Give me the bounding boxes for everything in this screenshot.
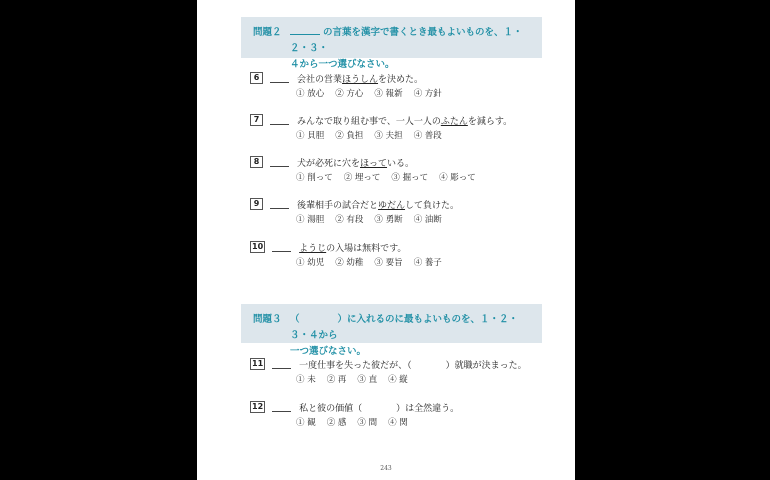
option-1[interactable]: ① 貝胆 — [296, 129, 324, 141]
option-3[interactable]: ③ 掘って — [391, 171, 428, 183]
option-3[interactable]: ③ 報新 — [374, 87, 402, 99]
answer-blank[interactable] — [272, 243, 291, 252]
section-2-label: 問題２ — [253, 25, 282, 41]
answer-blank[interactable] — [270, 116, 289, 125]
page-number: 243 — [197, 465, 575, 472]
option-3[interactable]: ③ 勇断 — [374, 213, 402, 225]
option-3[interactable]: ③ 直 — [357, 373, 377, 385]
section-3-label: 問題３ — [253, 312, 282, 328]
question-number: 12 — [250, 401, 265, 413]
question-10: 10ようじの入場は無料です。 ① 幼児② 幼稚③ 要旨④ 養子 — [250, 240, 442, 268]
option-2[interactable]: ② 負担 — [335, 129, 363, 141]
underlined-word: ゆだん — [378, 198, 405, 211]
question-text: ）は全然違う。 — [396, 401, 459, 414]
option-4[interactable]: ④ 関 — [388, 416, 408, 428]
option-2[interactable]: ② 感 — [327, 416, 347, 428]
option-1[interactable]: ① 削って — [296, 171, 333, 183]
answer-blank[interactable] — [270, 74, 289, 83]
option-3[interactable]: ③ 要旨 — [374, 256, 402, 268]
question-text: みんなで取り組む事で、一人一人の — [297, 114, 441, 127]
paren-open: （ — [290, 314, 300, 325]
option-4[interactable]: ④ 養子 — [414, 256, 442, 268]
textbook-page: 問題２ の言葉を漢字で書くとき最もよいものを、１・２・３・ ４から一つ選びなさい… — [197, 0, 575, 480]
question-number: 6 — [250, 72, 263, 84]
option-2[interactable]: ② 再 — [327, 373, 347, 385]
question-number: 11 — [250, 358, 265, 370]
option-1[interactable]: ① 観 — [296, 416, 316, 428]
answer-blank[interactable] — [272, 360, 291, 369]
question-12: 12私と彼の価値（）は全然違う。 ① 観② 感③ 間④ 関 — [250, 400, 459, 428]
option-3[interactable]: ③ 間 — [357, 416, 377, 428]
option-1[interactable]: ① 放心 — [296, 87, 324, 99]
option-4[interactable]: ④ 方針 — [414, 87, 442, 99]
option-2[interactable]: ② 有段 — [335, 213, 363, 225]
question-number: 8 — [250, 156, 263, 168]
question-text: 後輩相手の試合だと — [297, 198, 378, 211]
option-1[interactable]: ① 幼児 — [296, 256, 324, 268]
question-text: して負けた。 — [405, 198, 459, 211]
question-text: いる。 — [387, 156, 414, 169]
option-1[interactable]: ① 湯胆 — [296, 213, 324, 225]
underlined-word: ふたん — [441, 114, 468, 127]
option-2[interactable]: ② 幼稚 — [335, 256, 363, 268]
question-7: 7みんなで取り組む事で、一人一人のふたんを減らす。 ① 貝胆② 負担③ 夫担④ … — [250, 113, 512, 141]
question-6: 6会社の営業ほうしんを決めた。 ① 放心② 方心③ 報新④ 方針 — [250, 71, 442, 99]
option-4[interactable]: ④ 彫って — [439, 171, 476, 183]
question-9: 9後輩相手の試合だとゆだんして負けた。 ① 湯胆② 有段③ 勇断④ 油断 — [250, 197, 459, 225]
option-4[interactable]: ④ 油断 — [414, 213, 442, 225]
question-text: 一度仕事を失った彼だが、（ — [299, 358, 412, 371]
underlined-word: ほうしん — [342, 72, 378, 85]
section-3-header: 問題３ （）に入れるのに最もよいものを、１・２・３・４から 一つ選びなさい。 — [241, 304, 542, 343]
option-4[interactable]: ④ 縦 — [388, 373, 408, 385]
question-number: 10 — [250, 241, 265, 253]
blank-marker — [290, 25, 320, 35]
option-2[interactable]: ② 埋って — [344, 171, 381, 183]
question-text: 私と彼の価値（ — [299, 401, 362, 414]
question-number: 7 — [250, 114, 263, 126]
answer-blank[interactable] — [270, 158, 289, 167]
question-11: 11一度仕事を失った彼だが、（）就職が決まった。 ① 未② 再③ 直④ 縦 — [250, 357, 527, 385]
question-text: 犬が必死に穴を — [297, 156, 360, 169]
option-2[interactable]: ② 方心 — [335, 87, 363, 99]
option-3[interactable]: ③ 夫担 — [374, 129, 402, 141]
section-3-instruction-1: ）に入れるのに最もよいものを、１・２・３・４から — [290, 314, 518, 341]
section-2-header: 問題２ の言葉を漢字で書くとき最もよいものを、１・２・３・ ４から一つ選びなさい… — [241, 17, 542, 58]
answer-blank[interactable] — [272, 403, 291, 412]
option-1[interactable]: ① 未 — [296, 373, 316, 385]
underlined-word: ほって — [360, 156, 387, 169]
question-number: 9 — [250, 198, 263, 210]
question-8: 8犬が必死に穴をほっている。 ① 削って② 埋って③ 掘って④ 彫って — [250, 155, 476, 183]
answer-blank[interactable] — [270, 200, 289, 209]
question-text: ）就職が決まった。 — [446, 358, 527, 371]
question-text: を決めた。 — [378, 72, 423, 85]
section-2-instruction-1: の言葉を漢字で書くとき最もよいものを、１・２・３・ — [290, 27, 523, 54]
option-4[interactable]: ④ 普段 — [414, 129, 442, 141]
question-text: の入場は無料です。 — [326, 241, 406, 254]
question-text: 会社の営業 — [297, 72, 342, 85]
question-text: を減らす。 — [468, 114, 512, 127]
underlined-word: ようじ — [299, 241, 326, 254]
